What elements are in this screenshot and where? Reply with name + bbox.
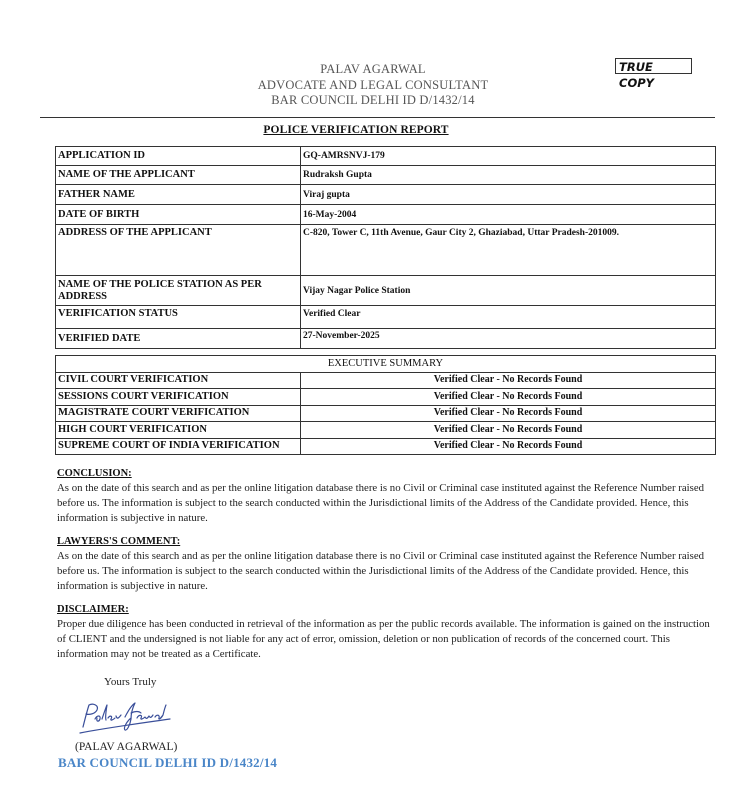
- court-status: Verified Clear - No Records Found: [301, 422, 716, 439]
- detail-label: VERIFICATION STATUS: [56, 306, 301, 329]
- table-row: NAME OF THE POLICE STATION AS PER ADDRES…: [56, 276, 716, 306]
- table-row: SUPREME COURT OF INDIA VERIFICATION Veri…: [56, 438, 716, 455]
- detail-label: VERIFIED DATE: [56, 329, 301, 349]
- closing-text: Yours Truly: [104, 676, 156, 688]
- table-row: VERIFIED DATE 27-November-2025: [56, 329, 716, 349]
- detail-value: 27-November-2025: [301, 329, 716, 349]
- court-label: SUPREME COURT OF INDIA VERIFICATION: [56, 438, 301, 455]
- conclusion-section: CONCLUSION: As on the date of this searc…: [57, 466, 717, 526]
- court-status: Verified Clear - No Records Found: [301, 372, 716, 389]
- table-row: HIGH COURT VERIFICATION Verified Clear -…: [56, 422, 716, 439]
- detail-value: Viraj gupta: [301, 185, 716, 205]
- detail-value: Rudraksh Gupta: [301, 166, 716, 185]
- table-row: APPLICATION ID GQ-AMRSNVJ-179: [56, 147, 716, 166]
- signature-icon: [75, 697, 185, 737]
- conclusion-heading: CONCLUSION:: [57, 466, 717, 481]
- table-row: SESSIONS COURT VERIFICATION Verified Cle…: [56, 389, 716, 406]
- court-label: CIVIL COURT VERIFICATION: [56, 372, 301, 389]
- detail-label: FATHER NAME: [56, 185, 301, 205]
- table-row: ADDRESS OF THE APPLICANT C-820, Tower C,…: [56, 225, 716, 276]
- court-status: Verified Clear - No Records Found: [301, 438, 716, 455]
- report-title: POLICE VERIFICATION REPORT: [0, 124, 712, 136]
- table-row: FATHER NAME Viraj gupta: [56, 185, 716, 205]
- lawyers-comment-text: As on the date of this search and as per…: [57, 549, 717, 594]
- table-header-row: EXECUTIVE SUMMARY: [56, 356, 716, 373]
- table-row: DATE OF BIRTH 16-May-2004: [56, 205, 716, 225]
- detail-value: 16-May-2004: [301, 205, 716, 225]
- signer-name: (PALAV AGARWAL): [75, 741, 177, 753]
- table-row: CIVIL COURT VERIFICATION Verified Clear …: [56, 372, 716, 389]
- lawyers-comment-heading: LAWYERS'S COMMENT:: [57, 534, 717, 549]
- detail-value: Vijay Nagar Police Station: [301, 276, 716, 306]
- court-label: SESSIONS COURT VERIFICATION: [56, 389, 301, 406]
- table-row: VERIFICATION STATUS Verified Clear: [56, 306, 716, 329]
- lawyers-comment-section: LAWYERS'S COMMENT: As on the date of thi…: [57, 534, 717, 594]
- executive-summary-table: EXECUTIVE SUMMARY CIVIL COURT VERIFICATI…: [55, 355, 716, 455]
- court-status: Verified Clear - No Records Found: [301, 389, 716, 406]
- executive-summary-heading: EXECUTIVE SUMMARY: [56, 356, 716, 373]
- detail-label: NAME OF THE APPLICANT: [56, 166, 301, 185]
- true-copy-stamp: TRUE COPY: [615, 58, 692, 74]
- court-status: Verified Clear - No Records Found: [301, 405, 716, 422]
- disclaimer-text: Proper due diligence has been conducted …: [57, 617, 717, 662]
- header-divider: [40, 117, 715, 118]
- detail-label: DATE OF BIRTH: [56, 205, 301, 225]
- detail-value: GQ-AMRSNVJ-179: [301, 147, 716, 166]
- detail-label: ADDRESS OF THE APPLICANT: [56, 225, 301, 276]
- applicant-details-table: APPLICATION ID GQ-AMRSNVJ-179 NAME OF TH…: [55, 146, 716, 349]
- disclaimer-section: DISCLAIMER: Proper due diligence has bee…: [57, 602, 717, 662]
- detail-label: APPLICATION ID: [56, 147, 301, 166]
- court-label: MAGISTRATE COURT VERIFICATION: [56, 405, 301, 422]
- detail-label: NAME OF THE POLICE STATION AS PER ADDRES…: [56, 276, 301, 306]
- detail-value: C-820, Tower C, 11th Avenue, Gaur City 2…: [301, 225, 716, 276]
- table-row: NAME OF THE APPLICANT Rudraksh Gupta: [56, 166, 716, 185]
- detail-value: Verified Clear: [301, 306, 716, 329]
- table-row: MAGISTRATE COURT VERIFICATION Verified C…: [56, 405, 716, 422]
- signer-bar-id: BAR COUNCIL DELHI ID D/1432/14: [58, 755, 277, 771]
- disclaimer-heading: DISCLAIMER:: [57, 602, 717, 617]
- conclusion-text: As on the date of this search and as per…: [57, 481, 717, 526]
- advocate-bar-id: BAR COUNCIL DELHI ID D/1432/14: [0, 93, 748, 109]
- court-label: HIGH COURT VERIFICATION: [56, 422, 301, 439]
